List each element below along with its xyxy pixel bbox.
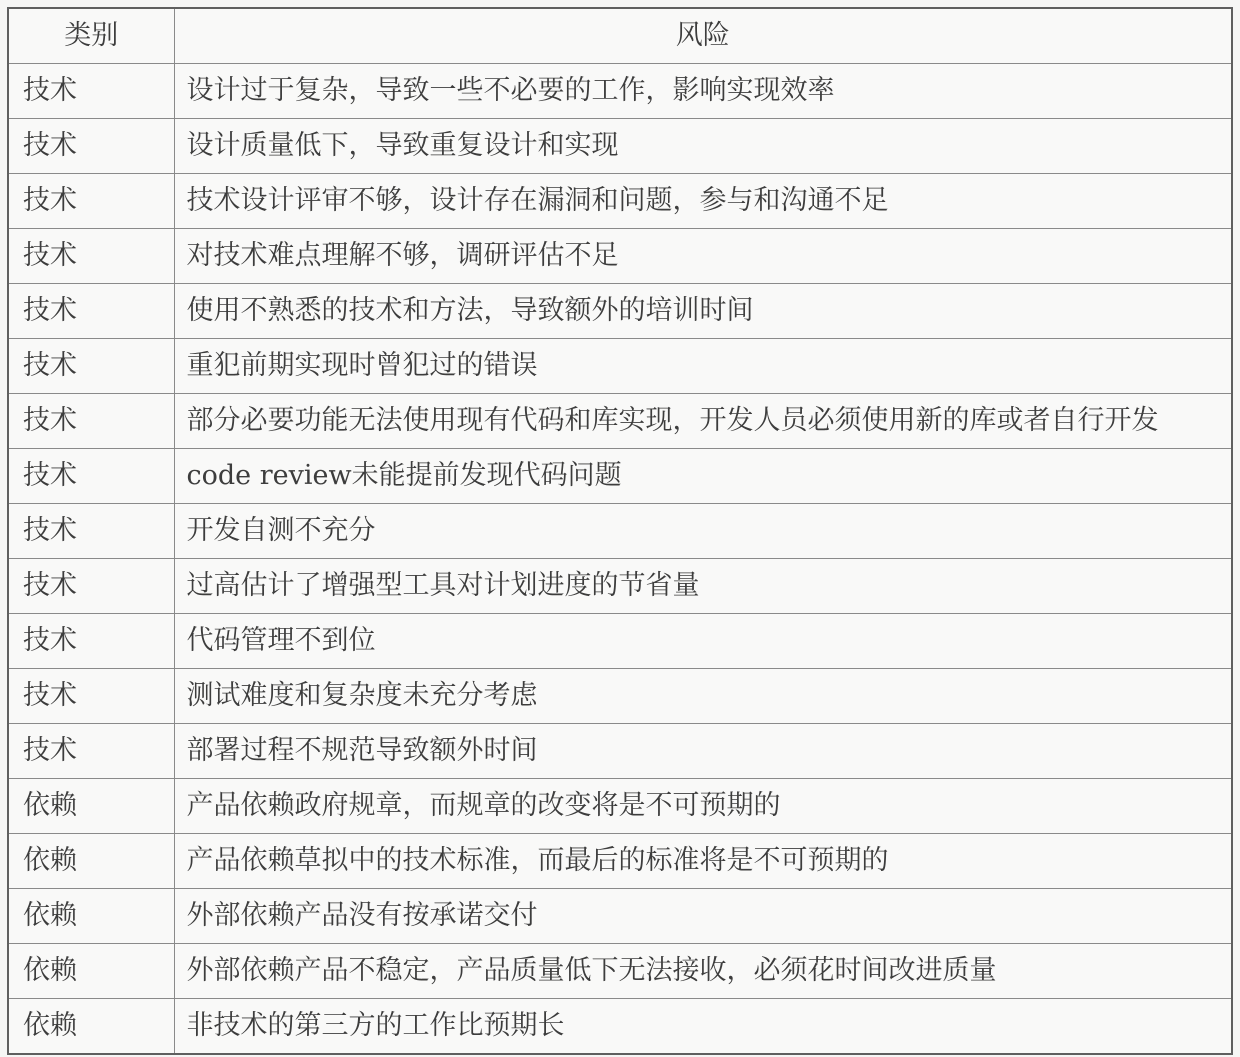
table-row: 技术 过高估计了增强型工具对计划进度的节省量: [8, 559, 1232, 614]
header-cell-category: 类别: [8, 8, 174, 64]
table-row: 依赖 非技术的第三方的工作比预期长: [8, 999, 1232, 1055]
table-row: 技术 测试难度和复杂度未充分考虑: [8, 669, 1232, 724]
table-row: 技术 设计过于复杂，导致一些不必要的工作，影响实现效率: [8, 64, 1232, 119]
category-cell: 依赖: [8, 999, 174, 1055]
table-row: 依赖 产品依赖草拟中的技术标准，而最后的标准将是不可预期的: [8, 834, 1232, 889]
table-row: 技术 设计质量低下，导致重复设计和实现: [8, 119, 1232, 174]
table-row: 技术 code review未能提前发现代码问题: [8, 449, 1232, 504]
risk-cell: 设计过于复杂，导致一些不必要的工作，影响实现效率: [174, 64, 1232, 119]
risk-cell: 使用不熟悉的技术和方法，导致额外的培训时间: [174, 284, 1232, 339]
risk-cell: 测试难度和复杂度未充分考虑: [174, 669, 1232, 724]
category-cell: 技术: [8, 394, 174, 449]
risk-cell: 对技术难点理解不够，调研评估不足: [174, 229, 1232, 284]
category-cell: 依赖: [8, 944, 174, 999]
risk-cell: 外部依赖产品没有按承诺交付: [174, 889, 1232, 944]
category-cell: 依赖: [8, 834, 174, 889]
category-cell: 技术: [8, 559, 174, 614]
table-row: 技术 技术设计评审不够，设计存在漏洞和问题，参与和沟通不足: [8, 174, 1232, 229]
risk-cell: 开发自测不充分: [174, 504, 1232, 559]
risk-cell: 产品依赖草拟中的技术标准，而最后的标准将是不可预期的: [174, 834, 1232, 889]
category-cell: 技术: [8, 669, 174, 724]
table-body: 技术 设计过于复杂，导致一些不必要的工作，影响实现效率 技术 设计质量低下，导致…: [8, 64, 1232, 1055]
risk-cell: 产品依赖政府规章，而规章的改变将是不可预期的: [174, 779, 1232, 834]
category-cell: 技术: [8, 449, 174, 504]
risk-cell: 外部依赖产品不稳定，产品质量低下无法接收，必须花时间改进质量: [174, 944, 1232, 999]
risk-cell: 重犯前期实现时曾犯过的错误: [174, 339, 1232, 394]
risk-cell: 过高估计了增强型工具对计划进度的节省量: [174, 559, 1232, 614]
table-row: 技术 开发自测不充分: [8, 504, 1232, 559]
category-cell: 技术: [8, 284, 174, 339]
risk-cell: 部署过程不规范导致额外时间: [174, 724, 1232, 779]
header-row: 类别 风险: [8, 8, 1232, 64]
document-page: 类别 风险 技术 设计过于复杂，导致一些不必要的工作，影响实现效率 技术 设计质…: [0, 0, 1240, 1057]
header-cell-risk: 风险: [174, 8, 1232, 64]
table-row: 技术 部分必要功能无法使用现有代码和库实现，开发人员必须使用新的库或者自行开发: [8, 394, 1232, 449]
table-row: 技术 使用不熟悉的技术和方法，导致额外的培训时间: [8, 284, 1232, 339]
table-row: 依赖 外部依赖产品没有按承诺交付: [8, 889, 1232, 944]
category-cell: 技术: [8, 229, 174, 284]
table-row: 技术 部署过程不规范导致额外时间: [8, 724, 1232, 779]
category-cell: 技术: [8, 614, 174, 669]
category-cell: 技术: [8, 119, 174, 174]
category-cell: 技术: [8, 339, 174, 394]
risk-cell: 技术设计评审不够，设计存在漏洞和问题，参与和沟通不足: [174, 174, 1232, 229]
category-cell: 依赖: [8, 889, 174, 944]
risk-cell: code review未能提前发现代码问题: [174, 449, 1232, 504]
table-row: 技术 对技术难点理解不够，调研评估不足: [8, 229, 1232, 284]
risk-cell: 代码管理不到位: [174, 614, 1232, 669]
table-header: 类别 风险: [8, 8, 1232, 64]
category-cell: 技术: [8, 504, 174, 559]
table-row: 技术 代码管理不到位: [8, 614, 1232, 669]
risk-table: 类别 风险 技术 设计过于复杂，导致一些不必要的工作，影响实现效率 技术 设计质…: [7, 7, 1233, 1055]
category-cell: 技术: [8, 174, 174, 229]
category-cell: 技术: [8, 724, 174, 779]
category-cell: 技术: [8, 64, 174, 119]
risk-cell: 非技术的第三方的工作比预期长: [174, 999, 1232, 1055]
risk-cell: 部分必要功能无法使用现有代码和库实现，开发人员必须使用新的库或者自行开发: [174, 394, 1232, 449]
table-row: 依赖 产品依赖政府规章，而规章的改变将是不可预期的: [8, 779, 1232, 834]
category-cell: 依赖: [8, 779, 174, 834]
table-row: 依赖 外部依赖产品不稳定，产品质量低下无法接收，必须花时间改进质量: [8, 944, 1232, 999]
table-row: 技术 重犯前期实现时曾犯过的错误: [8, 339, 1232, 394]
risk-cell: 设计质量低下，导致重复设计和实现: [174, 119, 1232, 174]
